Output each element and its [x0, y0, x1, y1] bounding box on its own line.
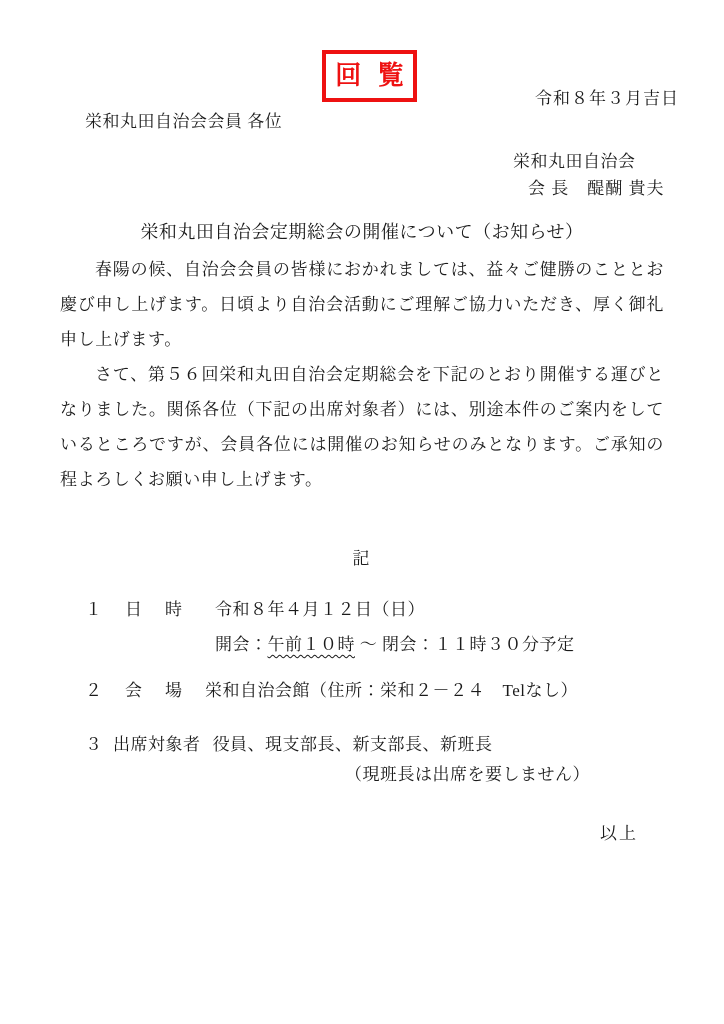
- recipient-line: 栄和丸田自治会会員 各位: [85, 111, 282, 132]
- closing-word: 以上: [600, 823, 638, 844]
- record-marker: 記: [0, 548, 724, 569]
- document-page: 回 覧 令和８年３月吉日 栄和丸田自治会会員 各位 栄和丸田自治会 会 長 醍醐…: [0, 0, 724, 1024]
- detail-value-date: 令和８年４月１２日（日）: [215, 600, 425, 619]
- detail-item-venue: ２会 場栄和自治会館（住所：栄和２－２４ Telなし）: [85, 680, 578, 701]
- subject-title: 栄和丸田自治会定期総会の開催について（お知らせ）: [0, 221, 724, 244]
- detail-label-attendees: 出席対象者: [113, 735, 201, 754]
- open-time-prefix: 開会：: [215, 635, 268, 654]
- detail-value-attendees: 役員、現支部長、新支部長、新班長: [213, 735, 493, 754]
- detail-number: ３: [85, 734, 113, 755]
- detail-label-venue: 会 場: [125, 681, 185, 700]
- sender-organization: 栄和丸田自治会: [513, 151, 636, 172]
- detail-label-datetime: 日 時: [125, 600, 185, 619]
- detail-datetime-time-line: 開会：午前１０時 ～ 閉会：１１時３０分予定: [215, 634, 575, 655]
- detail-value-venue: 栄和自治会館（住所：栄和２－２４ Telなし）: [205, 681, 578, 700]
- body-paragraph-announcement: さて、第５６回栄和丸田自治会定期総会を下記のとおり開催する運びとなりました。関係…: [60, 357, 664, 497]
- attendees-note: （現班長は出席を要しません）: [345, 764, 590, 785]
- sender-representative: 会 長 醍醐 貴夫: [528, 178, 665, 199]
- open-time-underlined: 午前１０時: [268, 635, 356, 654]
- detail-number: １: [85, 599, 125, 620]
- detail-item-attendees: ３出席対象者役員、現支部長、新支部長、新班長: [85, 734, 493, 755]
- detail-item-datetime: １日 時令和８年４月１２日（日）: [85, 599, 425, 620]
- body-paragraph-greeting: 春陽の候、自治会会員の皆様におかれましては、益々ご健勝のこととお慶び申し上げます…: [60, 252, 664, 357]
- circulation-stamp-label: 回 覧: [335, 63, 404, 89]
- body-text: 春陽の候、自治会会員の皆様におかれましては、益々ご健勝のこととお慶び申し上げます…: [60, 252, 664, 497]
- close-time-text: ～ 閉会：１１時３０分予定: [355, 635, 575, 654]
- issue-date: 令和８年３月吉日: [535, 88, 679, 109]
- detail-number: ２: [85, 680, 125, 701]
- circulation-stamp: 回 覧: [322, 50, 417, 102]
